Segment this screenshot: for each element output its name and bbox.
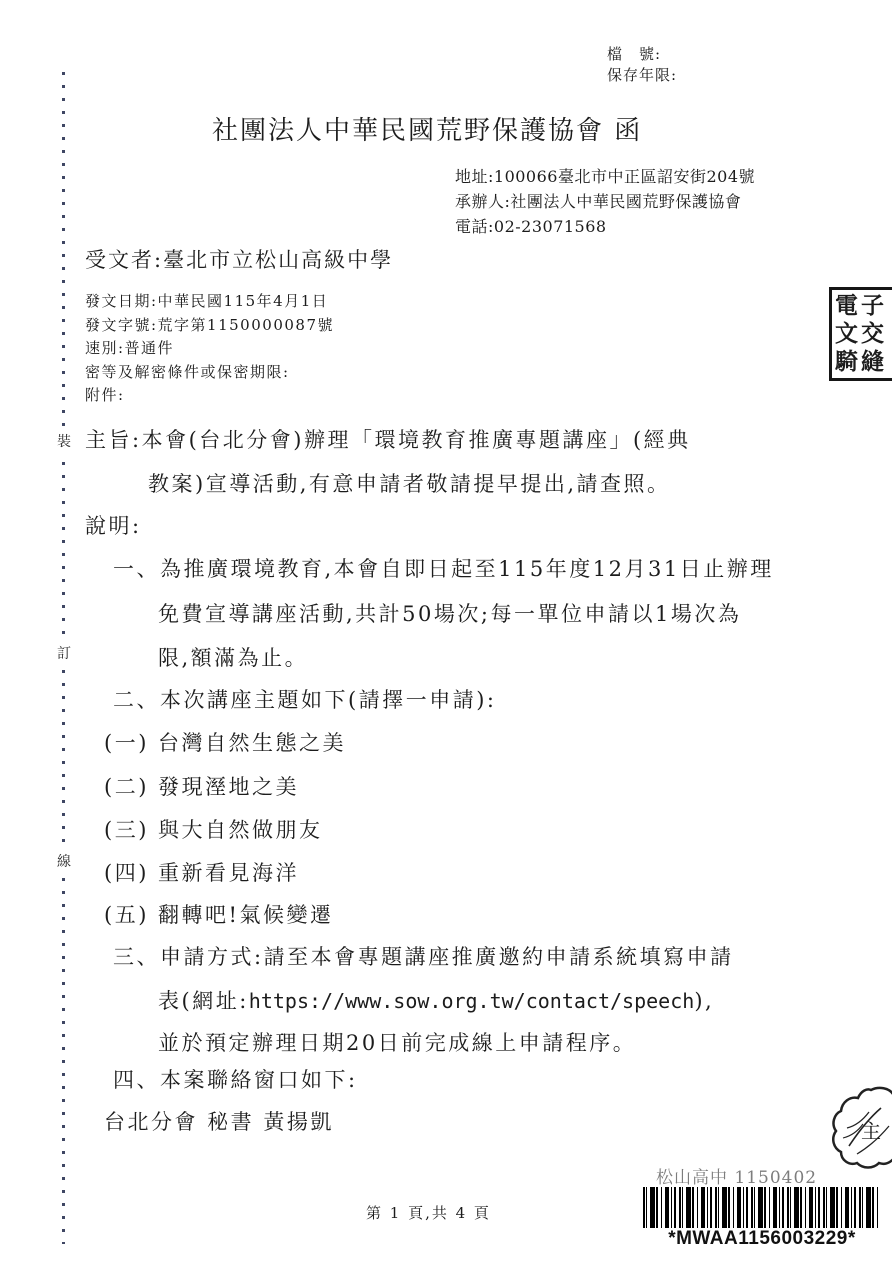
sender-address: 地址:100066臺北市中正區詔安街204號 [455,164,755,189]
subject-line-1: 主旨:本會(台北分會)辦理「環境教育推廣專題講座」(經典 [85,424,691,454]
item1-line-1: 一、為推廣環境教育,本會自即日起至115年度12月31日止辦理 [113,553,774,583]
receipt-stamp-text: 松山高中 1150402 [656,1163,817,1188]
retention-period-label: 保存年限: [607,65,677,86]
doc-number: 發文字號:荒字第1150000087號 [85,314,334,338]
binding-mark-zhuang: 裝 [55,428,73,454]
item3-line-1: 三、申請方式:請至本會專題講座推廣邀約申請系統填寫申請 [113,941,734,971]
item2-line: 二、本次講座主題如下(請擇一申請): [113,684,496,714]
item4-line: 四、本案聯絡窗口如下: [113,1064,358,1094]
item1-line-3: 限,額滿為止。 [158,642,308,672]
sender-contact-person: 承辦人:社團法人中華民國荒野保護協會 [455,189,755,214]
application-url: https://www.sow.org.tw/contact/speech [249,989,695,1013]
topic-3: (三) 與大自然做朋友 [104,814,323,844]
sender-phone: 電話:02-23071568 [455,214,755,239]
attachment-field: 附件: [85,384,334,408]
issue-date: 發文日期:中華民國115年4月1日 [85,290,334,314]
item3-line-2-prefix: 表(網址: [158,989,249,1013]
item3-line-2: 表(網址:https://www.sow.org.tw/contact/spee… [158,985,714,1015]
contact-person-line: 台北分會 秘書 黃揚凱 [104,1106,334,1136]
barcode-text: *MWAA1156003229* [647,1228,877,1250]
recipient-line: 受文者:臺北市立松山高級中學 [85,244,393,274]
leaf-seal-character: 主 [861,1119,881,1143]
sender-info-block: 地址:100066臺北市中正區詔安街204號 承辦人:社團法人中華民國荒野保護協… [455,164,755,239]
subject-line-2: 教案)宣導活動,有意申請者敬請提早提出,請查照。 [148,468,671,498]
item3-line-3: 並於預定辦理日期20日前完成線上申請程序。 [158,1027,636,1057]
document-meta-block: 發文日期:中華民國115年4月1日 發文字號:荒字第1150000087號 速別… [85,290,334,408]
topic-4: (四) 重新看見海洋 [104,857,299,887]
explanation-label: 說明: [85,510,142,540]
electronic-exchange-stamp: 電子 文交 騎縫 [829,287,892,381]
item1-line-2: 免費宣導講座活動,共計50場次;每一單位申請以1場次為 [158,598,741,628]
item3-line-2-suffix: ), [694,989,714,1013]
security-class: 密等及解密條件或保密期限: [85,361,334,385]
topic-1: (一) 台灣自然生態之美 [104,727,346,757]
official-letter-page: 裝 訂 線 檔 號: 保存年限: 社團法人中華民國荒野保護協會 函 地址:100… [0,0,892,1262]
exchange-stamp-row-2: 文交 [835,320,892,348]
binding-mark-ding: 訂 [55,640,73,666]
speed-class: 速別:普通件 [85,337,334,361]
page-number: 第 1 頁,共 4 頁 [366,1202,491,1223]
binding-mark-xian: 線 [55,848,73,874]
topic-2: (二) 發現溼地之美 [104,771,299,801]
exchange-stamp-row-3: 騎縫 [835,348,892,376]
topic-5: (五) 翻轉吧!氣候變遷 [104,899,334,929]
document-title: 社團法人中華民國荒野保護協會 函 [212,110,642,147]
file-number-label: 檔 號: [607,44,677,65]
document-barcode [643,1187,880,1228]
file-label-block: 檔 號: 保存年限: [607,44,677,86]
leaf-seal-stamp: 主 [827,1086,892,1170]
exchange-stamp-row-1: 電子 [835,292,892,320]
